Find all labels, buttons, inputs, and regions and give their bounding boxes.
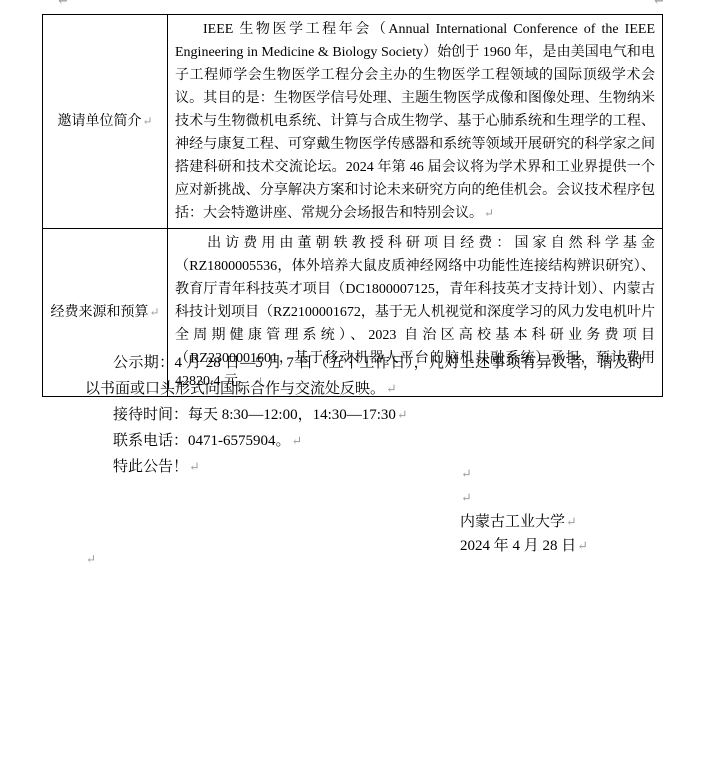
paragraph-mark-icon: ↵ (566, 515, 577, 529)
paragraph-mark-icon: ↵ (577, 539, 588, 553)
signoff-block: ↵ ↵ 内蒙古工业大学↵ 2024 年 4 月 28 日↵ (460, 462, 588, 558)
paragraph-text: 特此公告！ (113, 459, 188, 475)
paragraph-mark-icon: ↵ (189, 460, 200, 474)
body-text-block: 公示期：4 月 28 日—5 月 7 日（五个工作日），凡对上述事项有异议者，请… (42, 350, 644, 480)
row-label-cell: 邀请单位简介↵ (43, 15, 168, 229)
paragraph-mark-icon: ↵ (461, 491, 472, 505)
paragraph-mark-icon: ↵ (652, 0, 665, 10)
empty-line: ↵ (460, 486, 588, 510)
row-content-cell: IEEE 生物医学工程年会（Annual International Confe… (168, 15, 663, 229)
paragraph-text: 接待时间：每天 8:30—12:00，14:30—17:30 (113, 407, 396, 423)
row-content: IEEE 生物医学工程年会（Annual International Confe… (175, 22, 655, 221)
document-page: ↵ ↵ 邀请单位简介↵ IEEE 生物医学工程年会（Annual Interna… (0, 0, 704, 784)
reception-time-paragraph: 接待时间：每天 8:30—12:00，14:30—17:30↵ (42, 402, 644, 428)
paragraph-mark-icon: ↵ (292, 434, 303, 448)
info-table: 邀请单位简介↵ IEEE 生物医学工程年会（Annual Internation… (42, 14, 663, 397)
signoff-date: 2024 年 4 月 28 日↵ (460, 534, 588, 558)
paragraph-mark-icon: ↵ (143, 114, 153, 128)
paragraph-text: 公示期：4 月 28 日—5 月 7 日（五个工作日），凡对上述事项有异议者，请… (85, 355, 644, 397)
signoff-org: 内蒙古工业大学↵ (460, 510, 588, 534)
empty-line: ↵ (460, 462, 588, 486)
paragraph-mark-icon: ↵ (386, 382, 397, 396)
row-label: 邀请单位简介 (58, 114, 142, 129)
paragraph-mark-icon: ↵ (86, 552, 96, 566)
paragraph-text: 联系电话：0471-6575904。 (113, 433, 291, 449)
paragraph-mark-icon: ↵ (461, 467, 472, 481)
paragraph-mark-icon: ↵ (397, 408, 408, 422)
paragraph-mark-icon: ↵ (484, 206, 494, 220)
paragraph-mark-icon: ↵ (56, 0, 69, 10)
org-name: 内蒙古工业大学 (460, 514, 565, 530)
row-label: 经费来源和预算 (51, 305, 149, 320)
publicity-paragraph: 公示期：4 月 28 日—5 月 7 日（五个工作日），凡对上述事项有异议者，请… (42, 350, 644, 402)
paragraph-mark-icon: ↵ (150, 305, 160, 319)
table-row: 邀请单位简介↵ IEEE 生物医学工程年会（Annual Internation… (43, 15, 663, 229)
contact-phone-paragraph: 联系电话：0471-6575904。↵ (42, 428, 644, 454)
empty-line: ↵ (85, 552, 96, 568)
date-text: 2024 年 4 月 28 日 (460, 538, 576, 554)
